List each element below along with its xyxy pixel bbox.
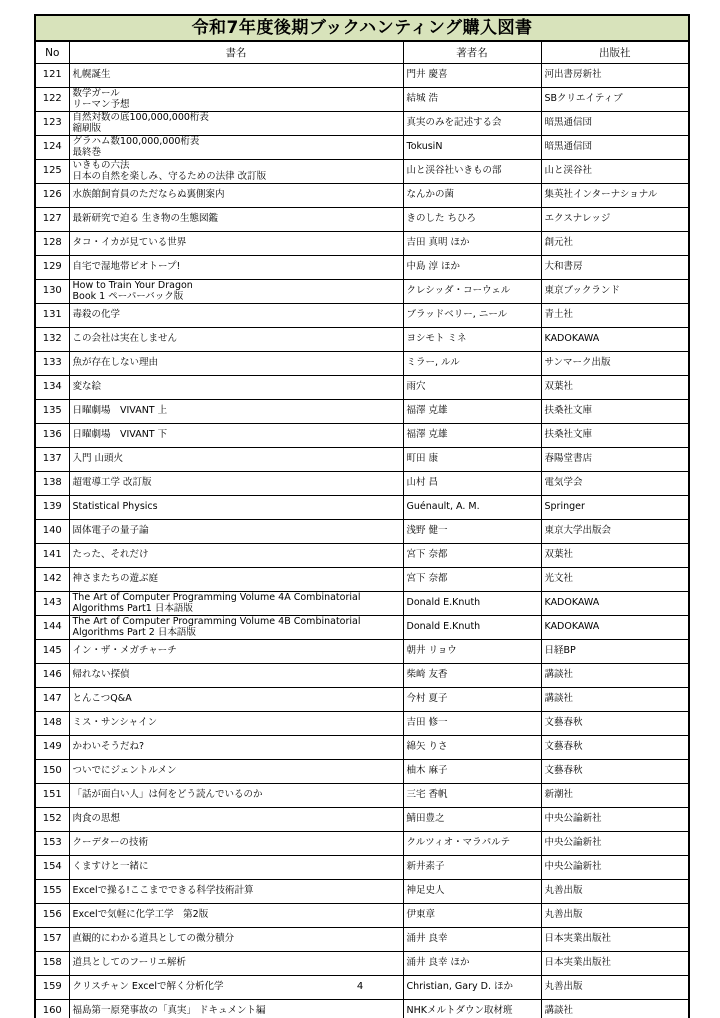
book-title: グラハム数100,000,000桁表 最終巻 xyxy=(69,136,403,160)
author-name: 宮下 奈都 xyxy=(403,568,541,592)
book-title: 帰れない探偵 xyxy=(69,664,403,688)
author-name: 今村 夏子 xyxy=(403,688,541,712)
publisher-name: 河出書房新社 xyxy=(541,64,689,88)
table-row: 144 The Art of Computer Programming Volu… xyxy=(35,616,689,640)
table-row: 150 ついでにジェントルメン 柚木 麻子 文藝春秋 xyxy=(35,760,689,784)
book-title: いきもの六法 日本の自然を楽しみ、守るための法律 改訂版 xyxy=(69,160,403,184)
publisher-name: 丸善出版 xyxy=(541,904,689,928)
author-name: 中島 淳 ほか xyxy=(403,256,541,280)
author-name: 柴崎 友香 xyxy=(403,664,541,688)
book-title: ミス・サンシャイン xyxy=(69,712,403,736)
book-title: 魚が存在しない理由 xyxy=(69,352,403,376)
row-number: 147 xyxy=(35,688,69,712)
table-row: 127 最新研究で迫る 生き物の生態図鑑 きのした ちひろ エクスナレッジ xyxy=(35,208,689,232)
book-title: 日曜劇場 VIVANT 下 xyxy=(69,424,403,448)
book-title: 固体電子の量子論 xyxy=(69,520,403,544)
book-title: The Art of Computer Programming Volume 4… xyxy=(69,592,403,616)
row-number: 141 xyxy=(35,544,69,568)
book-title: 最新研究で迫る 生き物の生態図鑑 xyxy=(69,208,403,232)
publisher-name: 日本実業出版社 xyxy=(541,952,689,976)
author-name: きのした ちひろ xyxy=(403,208,541,232)
header-row: No 書名 著者名 出版社 xyxy=(35,41,689,64)
author-name: 伊東章 xyxy=(403,904,541,928)
table-row: 134 変な絵 雨穴 双葉社 xyxy=(35,376,689,400)
document-page: 令和7年度後期ブックハンティング購入図書 No 書名 著者名 出版社 121 札… xyxy=(0,0,720,1018)
table-row: 122 数学ガール リーマン予想 結城 浩 SBクリエイティブ xyxy=(35,88,689,112)
author-name: NHKメルトダウン取材班 xyxy=(403,1000,541,1018)
table-row: 151 「話が面白い人」は何をどう読んでいるのか 三宅 香帆 新潮社 xyxy=(35,784,689,808)
book-title: 超電導工学 改訂版 xyxy=(69,472,403,496)
publisher-name: 暗黒通信団 xyxy=(541,136,689,160)
publisher-name: サンマーク出版 xyxy=(541,352,689,376)
table-row: 126 水族館飼育員のただならぬ裏側案内 なんかの菌 集英社インターナショナル xyxy=(35,184,689,208)
author-name: 涌井 良幸 ほか xyxy=(403,952,541,976)
table-row: 155 Excelで操る!ここまでできる科学技術計算 神足史人 丸善出版 xyxy=(35,880,689,904)
publisher-name: Springer xyxy=(541,496,689,520)
author-name: 吉田 修一 xyxy=(403,712,541,736)
publisher-name: 文藝春秋 xyxy=(541,712,689,736)
table-row: 139 Statistical Physics Guénault, A. M. … xyxy=(35,496,689,520)
book-title: イン・ザ・メガチャーチ xyxy=(69,640,403,664)
publisher-name: 講談社 xyxy=(541,664,689,688)
column-header-author: 著者名 xyxy=(403,41,541,64)
table-row: 141 たった、それだけ 宮下 奈都 双葉社 xyxy=(35,544,689,568)
book-title: How to Train Your Dragon Book 1 ペーパーバック版 xyxy=(69,280,403,304)
row-number: 150 xyxy=(35,760,69,784)
book-title: 水族館飼育員のただならぬ裏側案内 xyxy=(69,184,403,208)
book-title: タコ・イカが見ている世界 xyxy=(69,232,403,256)
publisher-name: 双葉社 xyxy=(541,544,689,568)
author-name: 宮下 奈都 xyxy=(403,544,541,568)
author-name: 町田 康 xyxy=(403,448,541,472)
publisher-name: 山と渓谷社 xyxy=(541,160,689,184)
publisher-name: 中央公論新社 xyxy=(541,856,689,880)
row-number: 152 xyxy=(35,808,69,832)
document-title: 令和7年度後期ブックハンティング購入図書 xyxy=(35,15,689,41)
row-number: 140 xyxy=(35,520,69,544)
author-name: 門井 慶喜 xyxy=(403,64,541,88)
table-row: 133 魚が存在しない理由 ミラー, ルル サンマーク出版 xyxy=(35,352,689,376)
author-name: クルツィオ・マラパルテ xyxy=(403,832,541,856)
publisher-name: KADOKAWA xyxy=(541,616,689,640)
author-name: 三宅 香帆 xyxy=(403,784,541,808)
book-title: 変な絵 xyxy=(69,376,403,400)
publisher-name: 東京ブックランド xyxy=(541,280,689,304)
author-name: 山と渓谷社いきもの部 xyxy=(403,160,541,184)
book-title: クーデターの技術 xyxy=(69,832,403,856)
author-name: 結城 浩 xyxy=(403,88,541,112)
row-number: 133 xyxy=(35,352,69,376)
publisher-name: 光文社 xyxy=(541,568,689,592)
table-row: 138 超電導工学 改訂版 山村 昌 電気学会 xyxy=(35,472,689,496)
publisher-name: 青土社 xyxy=(541,304,689,328)
table-row: 146 帰れない探偵 柴崎 友香 講談社 xyxy=(35,664,689,688)
publisher-name: 創元社 xyxy=(541,232,689,256)
publisher-name: 新潮社 xyxy=(541,784,689,808)
book-title: かわいそうだね? xyxy=(69,736,403,760)
publisher-name: 扶桑社文庫 xyxy=(541,424,689,448)
publisher-name: エクスナレッジ xyxy=(541,208,689,232)
publisher-name: KADOKAWA xyxy=(541,592,689,616)
table-row: 160 福島第一原発事故の「真実」 ドキュメント編 NHKメルトダウン取材班 講… xyxy=(35,1000,689,1018)
row-number: 148 xyxy=(35,712,69,736)
table-row: 131 毒殺の化学 ブラッドベリー, ニール 青土社 xyxy=(35,304,689,328)
row-number: 134 xyxy=(35,376,69,400)
row-number: 158 xyxy=(35,952,69,976)
table-row: 125 いきもの六法 日本の自然を楽しみ、守るための法律 改訂版 山と渓谷社いき… xyxy=(35,160,689,184)
table-row: 123 自然対数の底100,000,000桁表 縮刷版 真実のみを記述する会 暗… xyxy=(35,112,689,136)
book-title: くますけと一緒に xyxy=(69,856,403,880)
publisher-name: 丸善出版 xyxy=(541,880,689,904)
author-name: 福澤 克雄 xyxy=(403,400,541,424)
author-name: ブラッドベリー, ニール xyxy=(403,304,541,328)
book-title: Excelで操る!ここまでできる科学技術計算 xyxy=(69,880,403,904)
table-row: 147 とんこつQ&A 今村 夏子 講談社 xyxy=(35,688,689,712)
row-number: 160 xyxy=(35,1000,69,1018)
row-number: 155 xyxy=(35,880,69,904)
author-name: Donald E.Knuth xyxy=(403,616,541,640)
table-row: 130 How to Train Your Dragon Book 1 ペーパー… xyxy=(35,280,689,304)
page-number: 4 xyxy=(0,981,720,992)
author-name: Guénault, A. M. xyxy=(403,496,541,520)
table-row: 136 日曜劇場 VIVANT 下 福澤 克雄 扶桑社文庫 xyxy=(35,424,689,448)
publisher-name: 日経BP xyxy=(541,640,689,664)
book-title: 入門 山頭火 xyxy=(69,448,403,472)
table-row: 140 固体電子の量子論 浅野 健一 東京大学出版会 xyxy=(35,520,689,544)
book-list-table: 令和7年度後期ブックハンティング購入図書 No 書名 著者名 出版社 121 札… xyxy=(34,14,690,1018)
book-title: 数学ガール リーマン予想 xyxy=(69,88,403,112)
book-title: 自然対数の底100,000,000桁表 縮刷版 xyxy=(69,112,403,136)
publisher-name: 中央公論新社 xyxy=(541,808,689,832)
author-name: 綿矢 りさ xyxy=(403,736,541,760)
publisher-name: KADOKAWA xyxy=(541,328,689,352)
row-number: 137 xyxy=(35,448,69,472)
table-row: 149 かわいそうだね? 綿矢 りさ 文藝春秋 xyxy=(35,736,689,760)
author-name: 雨穴 xyxy=(403,376,541,400)
row-number: 127 xyxy=(35,208,69,232)
book-title: ついでにジェントルメン xyxy=(69,760,403,784)
table-row: 142 神さまたちの遊ぶ庭 宮下 奈都 光文社 xyxy=(35,568,689,592)
table-row: 158 道具としてのフーリエ解析 涌井 良幸 ほか 日本実業出版社 xyxy=(35,952,689,976)
publisher-name: 文藝春秋 xyxy=(541,760,689,784)
author-name: 山村 昌 xyxy=(403,472,541,496)
publisher-name: 文藝春秋 xyxy=(541,736,689,760)
author-name: 吉田 真明 ほか xyxy=(403,232,541,256)
book-title: たった、それだけ xyxy=(69,544,403,568)
column-header-publisher: 出版社 xyxy=(541,41,689,64)
book-title: とんこつQ&A xyxy=(69,688,403,712)
row-number: 144 xyxy=(35,616,69,640)
row-number: 146 xyxy=(35,664,69,688)
book-title: 福島第一原発事故の「真実」 ドキュメント編 xyxy=(69,1000,403,1018)
row-number: 132 xyxy=(35,328,69,352)
row-number: 151 xyxy=(35,784,69,808)
table-row: 129 自宅で湿地帯ビオトープ! 中島 淳 ほか 大和書房 xyxy=(35,256,689,280)
table-row: 124 グラハム数100,000,000桁表 最終巻 TokusiN 暗黒通信団 xyxy=(35,136,689,160)
table-row: 143 The Art of Computer Programming Volu… xyxy=(35,592,689,616)
publisher-name: 双葉社 xyxy=(541,376,689,400)
book-title: この会社は実在しません xyxy=(69,328,403,352)
table-row: 153 クーデターの技術 クルツィオ・マラパルテ 中央公論新社 xyxy=(35,832,689,856)
book-title: Statistical Physics xyxy=(69,496,403,520)
table-row: 157 直観的にわかる道具としての微分積分 涌井 良幸 日本実業出版社 xyxy=(35,928,689,952)
row-number: 136 xyxy=(35,424,69,448)
row-number: 145 xyxy=(35,640,69,664)
row-number: 135 xyxy=(35,400,69,424)
table-row: 145 イン・ザ・メガチャーチ 朝井 リョウ 日経BP xyxy=(35,640,689,664)
row-number: 129 xyxy=(35,256,69,280)
row-number: 121 xyxy=(35,64,69,88)
table-row: 154 くますけと一緒に 新井素子 中央公論新社 xyxy=(35,856,689,880)
author-name: ヨシモト ミネ xyxy=(403,328,541,352)
author-name: TokusiN xyxy=(403,136,541,160)
row-number: 154 xyxy=(35,856,69,880)
book-title: 道具としてのフーリエ解析 xyxy=(69,952,403,976)
row-number: 130 xyxy=(35,280,69,304)
book-table-body: 121 札幌誕生 門井 慶喜 河出書房新社 122 数学ガール リーマン予想 結… xyxy=(35,64,689,1018)
publisher-name: 電気学会 xyxy=(541,472,689,496)
table-row: 132 この会社は実在しません ヨシモト ミネ KADOKAWA xyxy=(35,328,689,352)
table-row: 152 肉食の思想 鯖田豊之 中央公論新社 xyxy=(35,808,689,832)
row-number: 153 xyxy=(35,832,69,856)
author-name: 福澤 克雄 xyxy=(403,424,541,448)
author-name: 涌井 良幸 xyxy=(403,928,541,952)
row-number: 125 xyxy=(35,160,69,184)
author-name: 浅野 健一 xyxy=(403,520,541,544)
table-row: 137 入門 山頭火 町田 康 春陽堂書店 xyxy=(35,448,689,472)
row-number: 149 xyxy=(35,736,69,760)
book-title: 直観的にわかる道具としての微分積分 xyxy=(69,928,403,952)
table-row: 135 日曜劇場 VIVANT 上 福澤 克雄 扶桑社文庫 xyxy=(35,400,689,424)
table-row: 128 タコ・イカが見ている世界 吉田 真明 ほか 創元社 xyxy=(35,232,689,256)
book-title: 神さまたちの遊ぶ庭 xyxy=(69,568,403,592)
row-number: 123 xyxy=(35,112,69,136)
publisher-name: 講談社 xyxy=(541,688,689,712)
publisher-name: 日本実業出版社 xyxy=(541,928,689,952)
publisher-name: 講談社 xyxy=(541,1000,689,1018)
row-number: 142 xyxy=(35,568,69,592)
row-number: 143 xyxy=(35,592,69,616)
row-number: 138 xyxy=(35,472,69,496)
author-name: 鯖田豊之 xyxy=(403,808,541,832)
author-name: 神足史人 xyxy=(403,880,541,904)
publisher-name: 暗黒通信団 xyxy=(541,112,689,136)
row-number: 131 xyxy=(35,304,69,328)
book-title: 札幌誕生 xyxy=(69,64,403,88)
row-number: 122 xyxy=(35,88,69,112)
column-header-title: 書名 xyxy=(69,41,403,64)
book-title: 肉食の思想 xyxy=(69,808,403,832)
publisher-name: 東京大学出版会 xyxy=(541,520,689,544)
row-number: 126 xyxy=(35,184,69,208)
author-name: 真実のみを記述する会 xyxy=(403,112,541,136)
author-name: 柚木 麻子 xyxy=(403,760,541,784)
publisher-name: 春陽堂書店 xyxy=(541,448,689,472)
row-number: 139 xyxy=(35,496,69,520)
author-name: なんかの菌 xyxy=(403,184,541,208)
column-header-no: No xyxy=(35,41,69,64)
book-title: 「話が面白い人」は何をどう読んでいるのか xyxy=(69,784,403,808)
publisher-name: 大和書房 xyxy=(541,256,689,280)
row-number: 128 xyxy=(35,232,69,256)
row-number: 124 xyxy=(35,136,69,160)
book-title: 毒殺の化学 xyxy=(69,304,403,328)
author-name: クレシッダ・コーウェル xyxy=(403,280,541,304)
author-name: 朝井 リョウ xyxy=(403,640,541,664)
book-title: 日曜劇場 VIVANT 上 xyxy=(69,400,403,424)
author-name: Donald E.Knuth xyxy=(403,592,541,616)
author-name: 新井素子 xyxy=(403,856,541,880)
table-row: 121 札幌誕生 門井 慶喜 河出書房新社 xyxy=(35,64,689,88)
publisher-name: 扶桑社文庫 xyxy=(541,400,689,424)
table-row: 148 ミス・サンシャイン 吉田 修一 文藝春秋 xyxy=(35,712,689,736)
title-row: 令和7年度後期ブックハンティング購入図書 xyxy=(35,15,689,41)
row-number: 157 xyxy=(35,928,69,952)
book-title: Excelで気軽に化学工学 第2版 xyxy=(69,904,403,928)
publisher-name: 中央公論新社 xyxy=(541,832,689,856)
book-title: The Art of Computer Programming Volume 4… xyxy=(69,616,403,640)
row-number: 156 xyxy=(35,904,69,928)
table-head: 令和7年度後期ブックハンティング購入図書 No 書名 著者名 出版社 xyxy=(35,15,689,64)
publisher-name: 集英社インターナショナル xyxy=(541,184,689,208)
book-title: 自宅で湿地帯ビオトープ! xyxy=(69,256,403,280)
publisher-name: SBクリエイティブ xyxy=(541,88,689,112)
table-row: 156 Excelで気軽に化学工学 第2版 伊東章 丸善出版 xyxy=(35,904,689,928)
author-name: ミラー, ルル xyxy=(403,352,541,376)
